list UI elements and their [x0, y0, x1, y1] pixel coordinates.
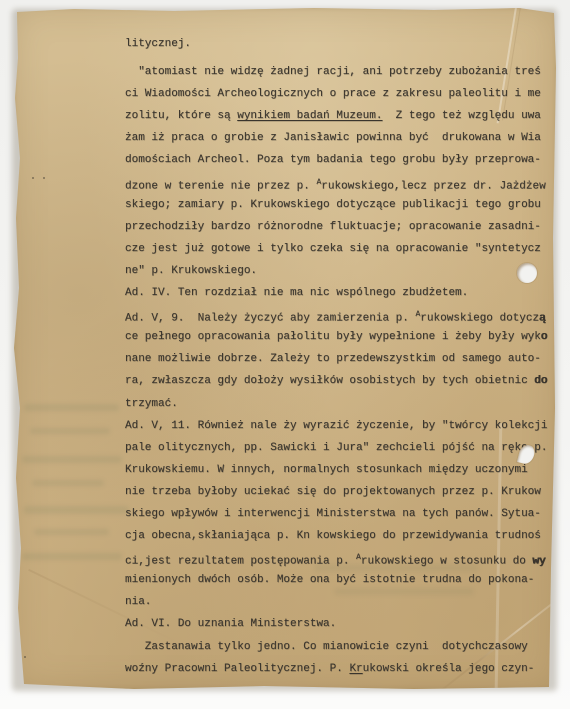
- text-line-6: domościach Archeol. Poza tym badania teg…: [125, 149, 547, 171]
- text-line-1: litycznej.: [125, 33, 547, 55]
- text-segment: o: [541, 331, 548, 343]
- text-line-16: ra, zwłaszcza gdy dołoży wysiłków osobis…: [125, 370, 547, 392]
- ink-bleed-smudge: [22, 456, 122, 463]
- text-line-9: przechodziły bardzo różnorodne fluktuacj…: [125, 216, 547, 238]
- text-segment: Z tego też względu uwa: [382, 110, 540, 122]
- text-line-20: Krukowskiemu. W innych, normalnych stosu…: [125, 459, 547, 481]
- ink-speck: [32, 177, 34, 179]
- ink-bleed-smudge: [34, 529, 109, 535]
- ink-bleed-smudge: [32, 480, 104, 486]
- text-segment: żam iż praca o grobie z Janisławic powin…: [125, 132, 541, 144]
- ink-speck: [43, 177, 45, 179]
- text-segment: Zastanawia tylko jedno. Co mianowicie cz…: [125, 641, 528, 653]
- text-line-5: żam iż praca o grobie z Janisławic powin…: [125, 127, 547, 149]
- ink-bleed-smudge: [24, 506, 129, 514]
- text-line-23: cja obecna,skłaniająca p. Kn kowskiego d…: [125, 525, 547, 547]
- text-segment: rukowskiego dotycz: [420, 313, 539, 325]
- text-segment: mienionych dwóch osób. Może ona być isto…: [125, 574, 534, 586]
- typewritten-text-block: litycznej. "atomiast nie widzę żadnej ra…: [125, 33, 547, 680]
- text-segment: Ad. V, 11. Również nale ży wyrazić życze…: [125, 420, 547, 432]
- text-segment: domościach Archeol. Poza tym badania teg…: [125, 154, 541, 166]
- text-line-10: cze jest już gotowe i tylko czeka się na…: [125, 238, 547, 260]
- text-line-26: nia.: [125, 591, 547, 613]
- text-segment: Ad. VI. Do uznania Ministerstwa.: [125, 618, 336, 630]
- text-segment: nane możliwie dobrze. Zależy to przedews…: [125, 353, 541, 365]
- text-segment: ci Wiadomości Archeologicznych o prace z…: [125, 88, 541, 100]
- text-line-13: Ad. V, 9. Należy życzyć aby zamierzenia …: [125, 304, 547, 326]
- text-segment: ne" p. Krukowskiego.: [125, 265, 257, 277]
- text-segment: Ad. IV. Ten rozdział nie ma nic wspólneg…: [125, 287, 468, 299]
- text-segment: ą: [539, 313, 546, 325]
- text-segment: trzymać.: [125, 398, 178, 410]
- text-line-15: nane możliwie dobrze. Zależy to przedews…: [125, 348, 547, 370]
- text-line-14: ce pełnego opracowania pałolitu były wyp…: [125, 326, 547, 348]
- ink-speck: [24, 656, 26, 658]
- text-line-4: zolitu, które są wynikiem badań Muzeum. …: [125, 105, 547, 127]
- text-line-11: ne" p. Krukowskiego.: [125, 260, 547, 282]
- text-segment: przechodziły bardzo różnorodne fluktuacj…: [125, 221, 541, 233]
- text-line-18: Ad. V, 11. Również nale ży wyrazić życze…: [125, 415, 547, 437]
- text-segment: "atomiast nie widzę żadnej racji, ani po…: [125, 66, 541, 78]
- text-segment: Kr: [349, 663, 362, 675]
- text-segment: ce pełnego opracowania pałolitu były wyp…: [125, 331, 541, 343]
- text-segment: litycznej.: [125, 38, 191, 50]
- text-segment: nie trzeba byłoby uciekać się do projekt…: [125, 486, 541, 498]
- ink-bleed-smudge: [24, 404, 119, 411]
- text-line-17: trzymać.: [125, 393, 547, 415]
- hole-punch-top: [517, 263, 537, 283]
- text-segment: pale olitycznych, pp. Sawicki i Jura" ze…: [125, 442, 547, 454]
- text-segment: do: [534, 375, 547, 387]
- text-line-7: dzone w terenie nie przez p. Arukowskieg…: [125, 172, 547, 194]
- text-line-24: ci,jest rezultatem postępowania p. Aruko…: [125, 547, 547, 569]
- ink-bleed-smudge: [22, 553, 122, 560]
- text-segment: skiego wpływów i interwencji Ministerstw…: [125, 508, 541, 520]
- text-line-2: "atomiast nie widzę żadnej racji, ani po…: [125, 61, 547, 83]
- text-line-28: Zastanawia tylko jedno. Co mianowicie cz…: [125, 636, 547, 658]
- text-segment: wynikiem badań Muzeum.: [237, 110, 382, 122]
- text-segment: Ad. V, 9. Należy życzyć aby zamierzenia …: [125, 313, 415, 325]
- text-segment: wy: [533, 556, 546, 568]
- ink-bleed-smudge: [30, 428, 110, 434]
- text-line-27: Ad. VI. Do uznania Ministerstwa.: [125, 613, 547, 635]
- text-line-8: skiego; zamiary p. Krukowskiego dotycząc…: [125, 194, 547, 216]
- text-segment: rukowskiego,lecz przez dr. Jażdżew: [321, 180, 545, 192]
- text-segment: rukowskiego w stosunku do: [361, 556, 533, 568]
- text-line-19: pale olitycznych, pp. Sawicki i Jura" ze…: [125, 437, 547, 459]
- text-line-3: ci Wiadomości Archeologicznych o prace z…: [125, 83, 547, 105]
- text-segment: zolitu, które są: [125, 110, 237, 122]
- text-line-12: Ad. IV. Ten rozdział nie ma nic wspólneg…: [125, 282, 547, 304]
- letter-paper: litycznej. "atomiast nie widzę żadnej ra…: [14, 8, 556, 689]
- text-segment: nia.: [125, 596, 151, 608]
- text-segment: ra, zwłaszcza gdy dołoży wysiłków osobis…: [125, 375, 534, 387]
- text-line-29: woźny Pracowni Paleolitycznej. P. Krukow…: [125, 658, 547, 680]
- scan-background: { "palette": { "background": "#f2f2f0", …: [0, 0, 570, 709]
- text-segment: Krukowskiemu. W innych, normalnych stosu…: [125, 464, 528, 476]
- text-segment: ci,jest rezultatem postępowania p.: [125, 556, 356, 568]
- text-segment: cze jest już gotowe i tylko czeka się na…: [125, 243, 541, 255]
- text-segment: ukowski określa jego czyn-: [363, 663, 535, 675]
- text-line-21: nie trzeba byłoby uciekać się do projekt…: [125, 481, 547, 503]
- text-line-25: mienionych dwóch osób. Może ona być isto…: [125, 569, 547, 591]
- text-segment: dzone w terenie nie przez p.: [125, 180, 316, 192]
- text-line-22: skiego wpływów i interwencji Ministerstw…: [125, 503, 547, 525]
- text-segment: skiego; zamiary p. Krukowskiego dotycząc…: [125, 199, 541, 211]
- text-segment: woźny Pracowni Paleolitycznej. P.: [125, 663, 349, 675]
- text-segment: cja obecna,skłaniająca p. Kn kowskiego d…: [125, 530, 541, 542]
